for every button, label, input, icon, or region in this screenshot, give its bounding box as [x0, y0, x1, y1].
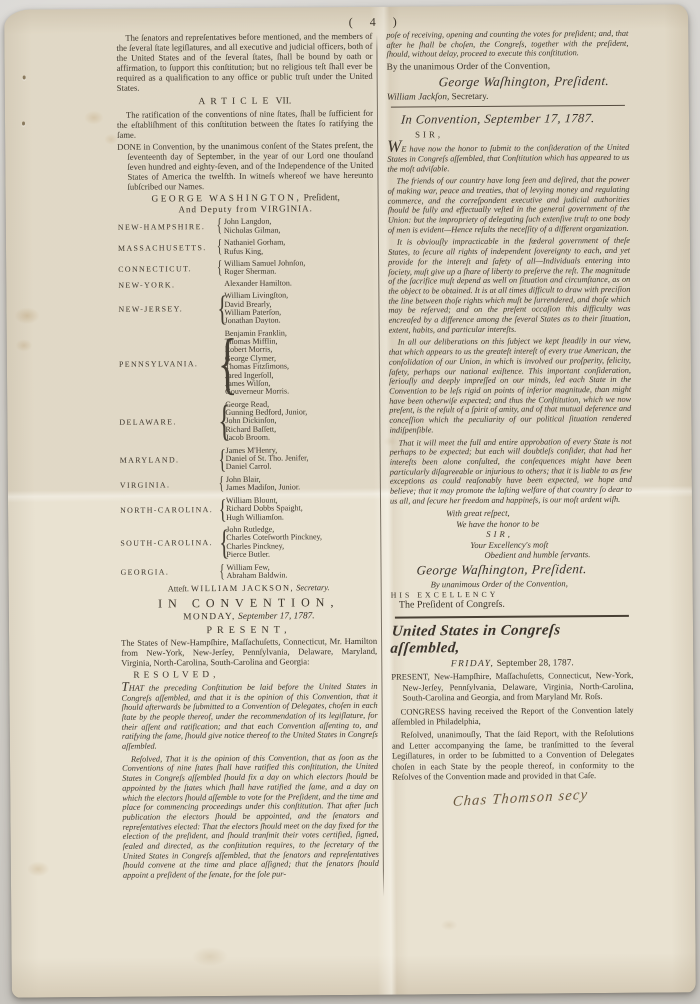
resolved-paragraph-2: Reſolved, That it is the opinion of this…	[122, 753, 379, 881]
letter-heading: In Convention, September 17, 1787.	[400, 111, 629, 128]
present-heading: PRESENT,	[121, 623, 377, 636]
left-column: The ſenators and repreſentatives before …	[116, 31, 379, 884]
signer-state: NORTH-CAROLINA.	[120, 505, 217, 515]
brace-glyph: {	[218, 446, 224, 473]
signer-row: NEW-HAMPSHIRE.{John Langdon,Nicholas Gil…	[118, 216, 374, 237]
binding-hole	[23, 76, 26, 80]
signer-names: John Blair,James Madiſon, Junior.	[226, 475, 376, 493]
signer-names: William Few,Abraham Baldwin.	[226, 562, 376, 580]
article-vii-heading: ARTICLE VII.	[117, 94, 373, 107]
brace-glyph: {	[219, 525, 225, 560]
signer-row: SOUTH-CAROLINA.{John Rutledge,Charles Co…	[120, 524, 376, 561]
article-word: ARTICLE	[198, 95, 273, 107]
in-convention-heading: IN CONVENTION,	[121, 594, 377, 611]
signer-state: PENNSYLVANIA.	[119, 359, 216, 369]
signer-name: Nicholas Gilman,	[224, 225, 374, 235]
brace-glyph: {	[217, 329, 223, 398]
unanimous-order-line: By unanimous Order of the Convention,	[431, 578, 633, 590]
convention-date-line: MONDAY, September 17, 1787.	[121, 610, 377, 622]
brace-glyph: {	[217, 238, 223, 257]
washington-signature: George Waſhington, Preſident.	[416, 561, 633, 579]
signers-table: NEW-HAMPSHIRE.{John Langdon,Nicholas Gil…	[118, 216, 377, 582]
washington-title: Preſident,	[304, 193, 340, 203]
signer-row: MARYLAND.{James M'Henry,Daniel of St. Th…	[120, 444, 376, 473]
signer-names: William Blount,Richard Dobbs Spaight,Hug…	[226, 496, 376, 522]
attest-line: Atteſt. WILLIAM JACKSON, Secretary.	[121, 582, 377, 593]
congress-present-paragraph: PRESENT, New-Hampſhire, Maſſachuſetts, C…	[391, 670, 633, 703]
divider-rule	[395, 615, 630, 619]
signer-name: Daniel Carrol.	[226, 462, 376, 472]
closing-line: Obedient and humble ſervants.	[484, 549, 632, 561]
signer-name: James Madiſon, Junior.	[226, 483, 376, 493]
signer-state: VIRGINIA.	[120, 480, 217, 490]
convention-date: September 17, 1787.	[238, 611, 315, 622]
right-column: poſe of receiving, opening and counting …	[386, 29, 634, 809]
signer-name: Abraham Baldwin.	[227, 571, 377, 581]
brace-glyph: {	[217, 217, 223, 236]
signer-state: DELAWARE.	[119, 417, 216, 427]
signer-row: VIRGINIA.{John Blair,James Madiſon, Juni…	[120, 474, 376, 495]
salutation: SIR,	[415, 128, 629, 140]
letter-paragraph-5: That it will meet the full and entire ap…	[390, 436, 633, 506]
signer-state: NEW-YORK.	[118, 280, 215, 290]
jackson-secretary-line: William Jackſon, Secretary.	[387, 91, 629, 103]
letter-paragraph-4: In all our deliberations on this ſubject…	[389, 336, 632, 435]
signer-state: GEORGIA.	[121, 568, 218, 578]
deputy-from-virginia-line: And Deputy from VIRGINIA.	[118, 203, 374, 215]
signer-names: Alexander Hamilton.	[224, 279, 374, 289]
signer-names: Benjamin Franklin,Thomas Mifflin,Robert …	[225, 329, 376, 397]
signer-row: GEORGIA.{William Few,Abraham Baldwin.	[120, 561, 376, 582]
signer-names: James M'Henry,Daniel of St. Tho. Jenifer…	[226, 445, 376, 471]
brace-glyph: {	[217, 291, 223, 326]
signer-name: Rufus King,	[224, 246, 374, 256]
congress-assembled-heading: United States in Congreſs aſſembled,	[390, 622, 635, 658]
congress-date-line: FRIDAY, September 28, 1787.	[391, 658, 633, 670]
resolved-heading: RESOLVED,	[121, 669, 377, 681]
congress-day: FRIDAY,	[451, 659, 495, 669]
letter-paragraph-3: It is obviouſly impracticable in the fœd…	[388, 236, 631, 335]
signer-state: MARYLAND.	[120, 455, 217, 465]
convention-day: MONDAY,	[183, 611, 236, 621]
signer-state: SOUTH-CAROLINA.	[120, 538, 217, 548]
signer-row: PENNSYLVANIA.{Benjamin Franklin,Thomas M…	[119, 328, 376, 399]
present-states-paragraph: The States of New-Hampſhire, Maſſachuſet…	[121, 635, 377, 667]
attest-word: Atteſt.	[168, 584, 189, 593]
congress-date: September 28, 1787.	[497, 659, 574, 670]
president-of-congress-line: The Preſident of Congreſs.	[399, 598, 633, 611]
signer-row: MASSACHUSETTS.{Nathaniel Gorham,Rufus Ki…	[118, 237, 374, 258]
signer-state: CONNECTICUT.	[118, 264, 215, 274]
signer-name: Hugh Williamſon.	[226, 512, 376, 522]
brace-glyph: {	[217, 259, 223, 278]
continuation-paragraph: poſe of receiving, opening and counting …	[386, 29, 628, 60]
brace-glyph: {	[219, 563, 225, 582]
brace-glyph: {	[219, 496, 225, 523]
signer-names: John Langdon,Nicholas Gilman,	[224, 217, 374, 235]
signer-names: William Samuel Johnſon,Roger Sherman.	[224, 259, 374, 277]
signer-names: William Livingſton,David Brearly,William…	[224, 291, 374, 326]
unanimous-order-line: By the unanimous Order of the Convention…	[387, 61, 629, 73]
signer-names: George Read,Gunning Bedford, Junior,John…	[225, 400, 375, 443]
signer-name: Jacob Broom.	[225, 433, 375, 443]
resolved-paragraph-1: THAT the preceding Conſtitution be laid …	[121, 680, 378, 752]
congress-resolved-paragraph: Reſolved, unanimouſly, That the ſaid Rep…	[392, 728, 634, 782]
signer-names: John Rutledge,Charles Coteſworth Pinckne…	[226, 525, 376, 560]
oath-paragraph: The ſenators and repreſentatives before …	[116, 31, 372, 94]
page-number: ( 4 )	[326, 14, 426, 30]
jackson-name: William Jackſon,	[387, 92, 450, 102]
document-sheet: ( 4 ) The ſenators and repreſentatives b…	[4, 4, 696, 997]
signer-row: DELAWARE.{George Read,Gunning Bedford, J…	[119, 399, 375, 445]
binding-hole	[22, 122, 25, 126]
signer-row: CONNECTICUT.{William Samuel Johnſon,Roge…	[118, 258, 374, 279]
jackson-name: WILLIAM JACKSON,	[191, 583, 294, 593]
signer-row: NEW-YORK.Alexander Hamilton.	[118, 279, 374, 290]
congress-received-paragraph: CONGRESS having received the Report of t…	[392, 704, 634, 727]
signer-state: NEW-HAMPSHIRE.	[118, 222, 215, 232]
brace-glyph: {	[219, 475, 225, 494]
signer-names: Nathaniel Gorham,Rufus King,	[224, 238, 374, 256]
signer-state: MASSACHUSETTS.	[118, 243, 215, 253]
signer-name: Pierce Butler.	[226, 550, 376, 560]
washington-signature: George Waſhington, Preſident.	[438, 73, 629, 91]
done-in-convention-paragraph: DONE in Convention, by the unanimous con…	[117, 140, 373, 192]
signer-name: Jonathan Dayton.	[225, 316, 375, 326]
ratification-paragraph: The ratification of the conventions of n…	[117, 107, 373, 139]
signer-name: Gouverneur Morris.	[225, 387, 375, 397]
brace-glyph: {	[218, 400, 224, 444]
signer-row: NORTH-CAROLINA.{William Blount,Richard D…	[120, 495, 376, 524]
jackson-title: Secretary.	[296, 583, 329, 592]
signer-name: Alexander Hamilton.	[224, 279, 374, 289]
jackson-title: Secretary.	[452, 92, 489, 102]
signer-name: Roger Sherman.	[224, 267, 374, 277]
signer-state: NEW-JERSEY.	[118, 304, 215, 314]
letter-paragraph-1: WE have now the honor to ſubmit to the c…	[387, 140, 629, 174]
thomson-signature: Chas Thomson secy	[392, 786, 589, 813]
signer-row: NEW-JERSEY.{William Livingſton,David Bre…	[118, 290, 374, 327]
article-number: VII.	[276, 95, 292, 106]
divider-rule	[391, 105, 626, 108]
letter-paragraph-2: The friends of our country have long ſee…	[387, 175, 629, 235]
